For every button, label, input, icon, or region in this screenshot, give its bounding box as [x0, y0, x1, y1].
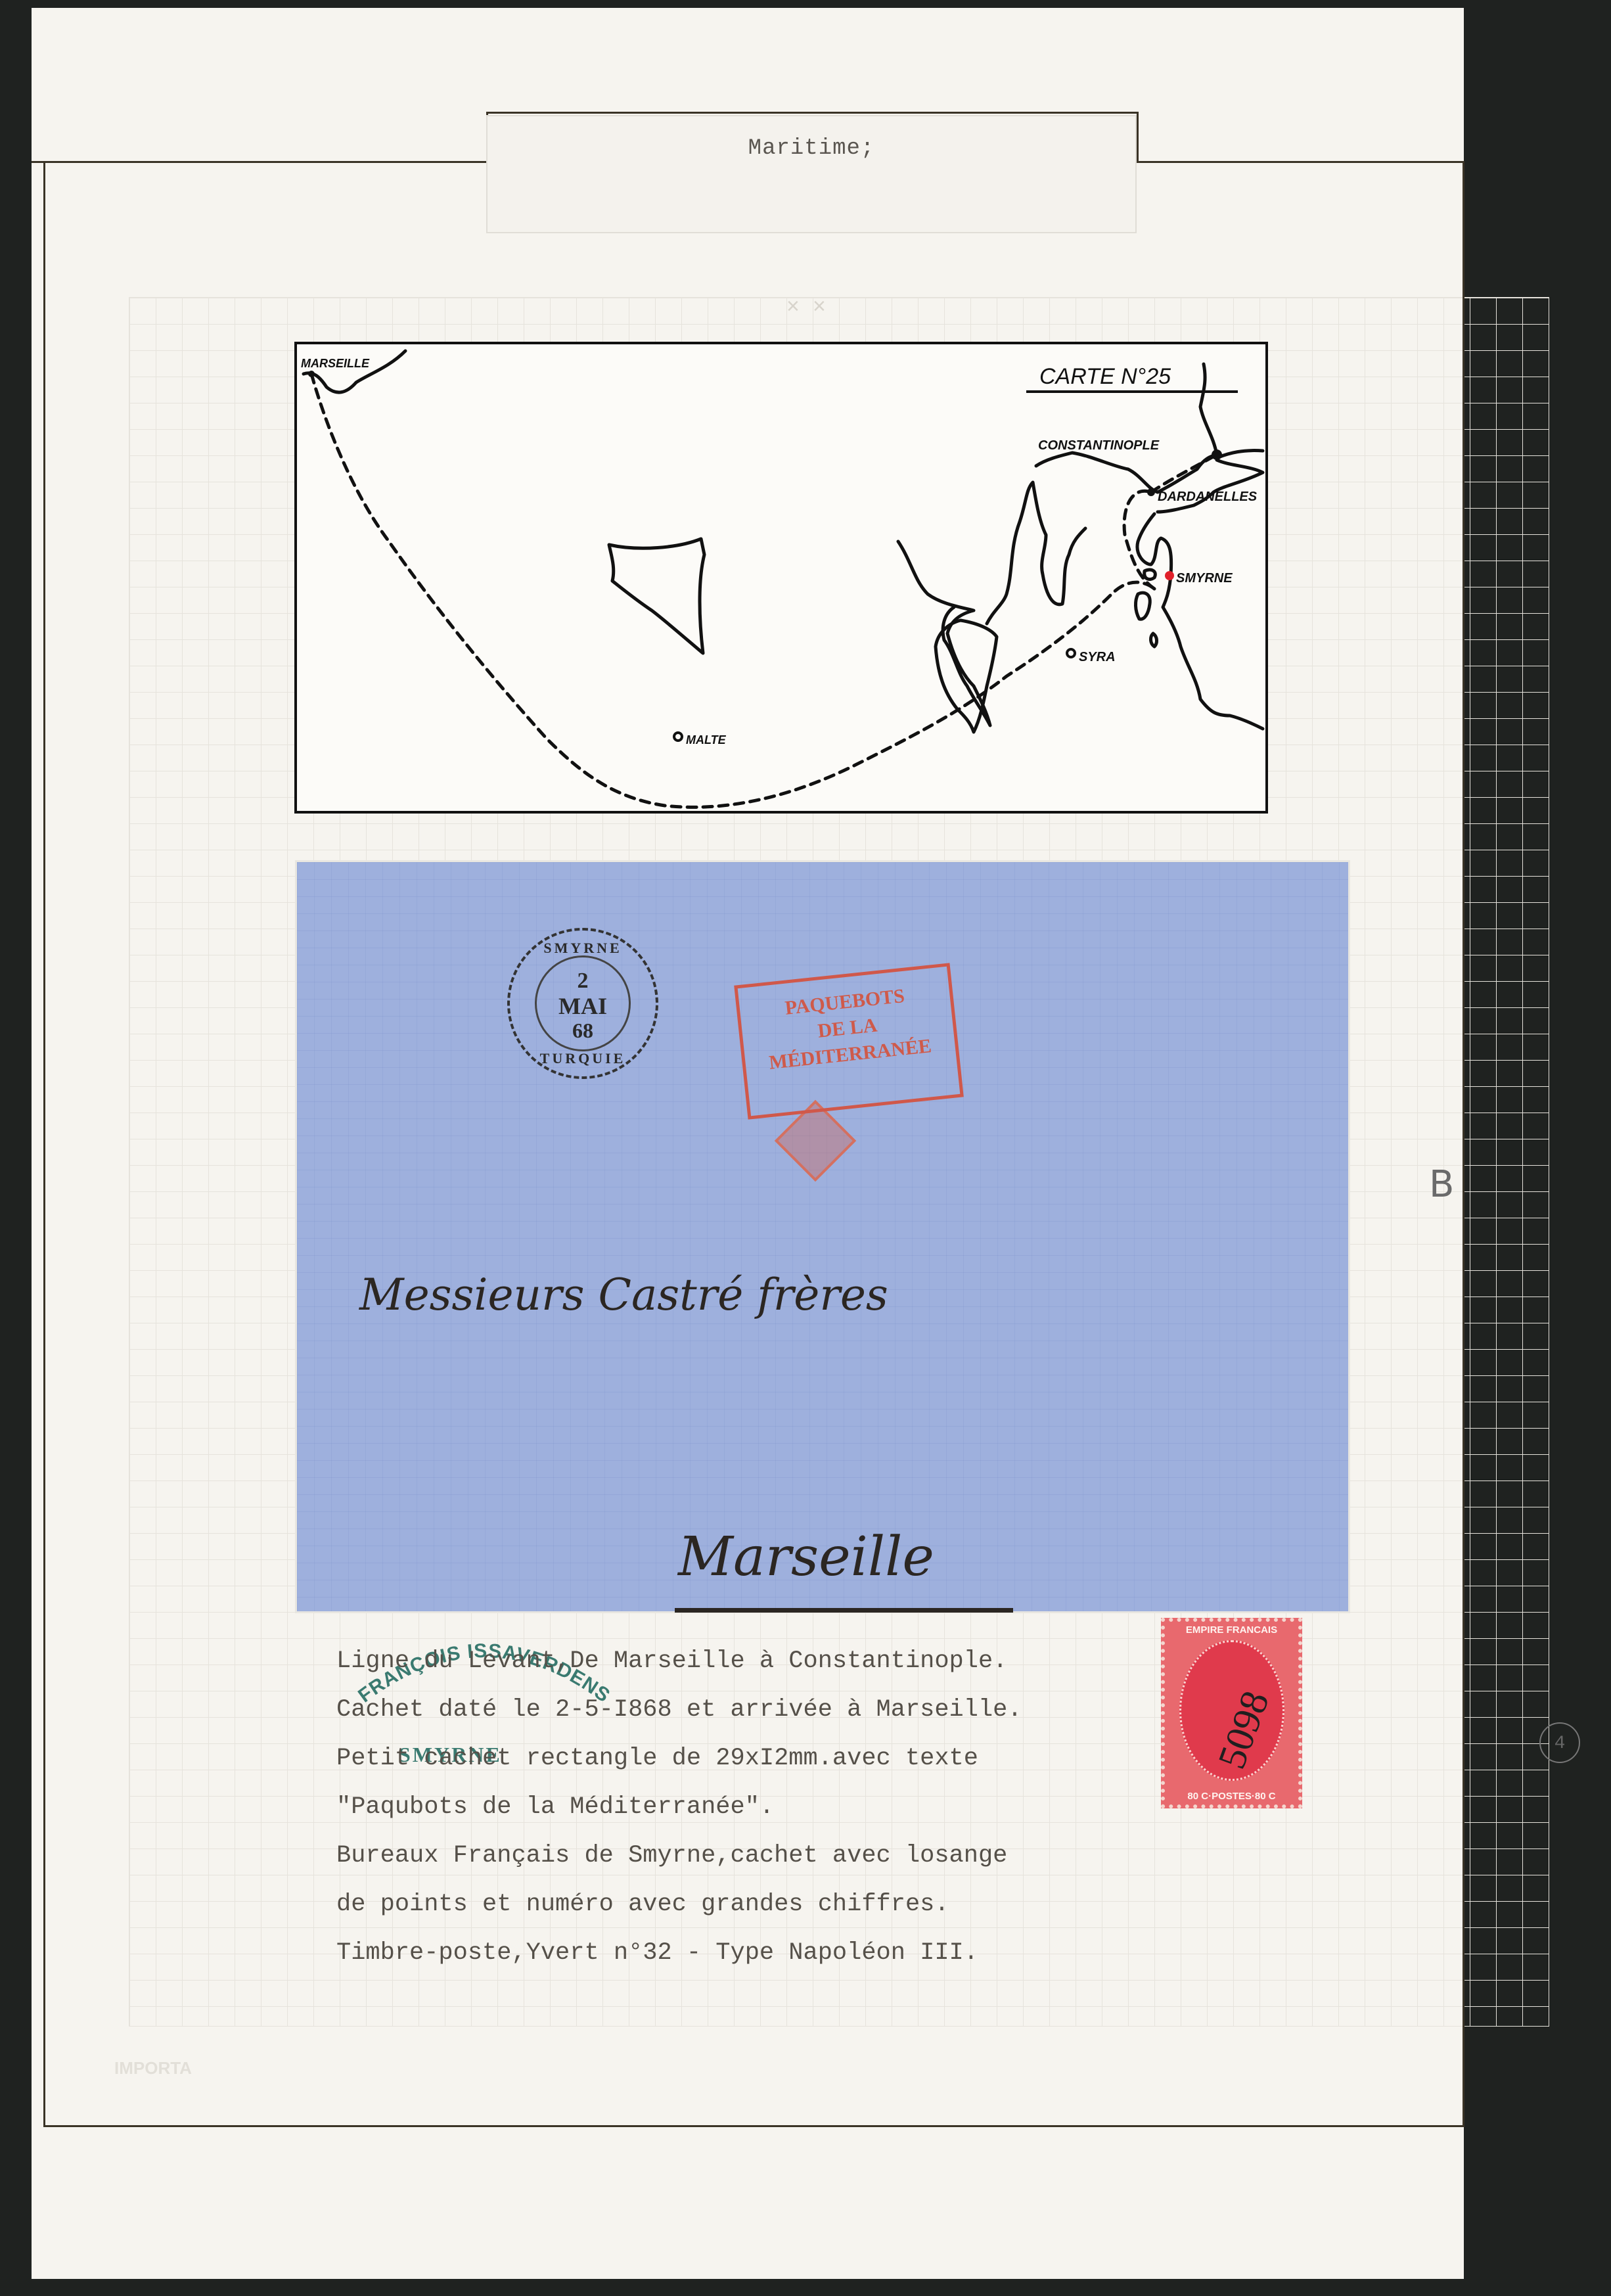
address-line-1: Messieurs Castré frères — [359, 1270, 888, 1320]
map-label-dardanelles: DARDANELLES — [1158, 490, 1258, 504]
frame-line — [1463, 161, 1464, 2127]
postal-cover: SMYRNE 2 MAI 68 TURQUIE PAQUEBOTS DE LA … — [297, 862, 1348, 1611]
frame-line — [486, 112, 1139, 114]
frame-line — [43, 2125, 1464, 2127]
map-label-constantinople: CONSTANTINOPLE — [1038, 438, 1160, 453]
frame-line — [1137, 161, 1464, 163]
datestamp-day: 2 — [510, 969, 656, 994]
page-header: Maritime; — [486, 115, 1137, 233]
stamp-top-text: EMPIRE FRANCAIS — [1165, 1624, 1298, 1636]
map-drawing: MARSEILLE CONSTANTINOPLE DARDANELLES SMY… — [297, 344, 1265, 811]
datestamp-town: SMYRNE — [510, 940, 656, 957]
map-label-smyrne: SMYRNE — [1176, 571, 1233, 585]
address-line-2: Marseille — [678, 1526, 934, 1588]
datestamp-year: 68 — [510, 1019, 656, 1043]
map-label-syra: SYRA — [1079, 650, 1116, 664]
map-label-marseille: MARSEILLE — [301, 357, 370, 370]
frame-line — [43, 161, 45, 2127]
route-map: MARSEILLE CONSTANTINOPLE DARDANELLES SMY… — [294, 342, 1268, 814]
page-title: Maritime; — [488, 136, 1135, 161]
watermark: IMPORTA — [114, 2058, 192, 2078]
frame-line — [1137, 112, 1139, 163]
stamp-bottom-text: 80 C·POSTES·80 C — [1165, 1791, 1298, 1802]
grid-mark: × — [786, 294, 800, 319]
pencil-letter-note: B — [1429, 1163, 1454, 1206]
map-title: CARTE N°25 — [1039, 364, 1171, 389]
map-label-malte: MALTE — [686, 733, 727, 746]
page-number-note: 4 — [1539, 1722, 1580, 1763]
address-underline — [675, 1608, 1013, 1613]
datestamp-month: MAI — [510, 992, 656, 1020]
datestamp-country: TURQUIE — [510, 1050, 656, 1067]
frame-line — [32, 161, 486, 163]
postage-stamp: EMPIRE FRANCAIS 5098 80 C·POSTES·80 C — [1161, 1618, 1302, 1808]
grid-mark: × — [813, 294, 826, 319]
paquebots-cachet: PAQUEBOTS DE LA MÉDITERRANÉE — [734, 963, 964, 1119]
smyrne-datestamp: SMYRNE 2 MAI 68 TURQUIE — [507, 928, 658, 1079]
